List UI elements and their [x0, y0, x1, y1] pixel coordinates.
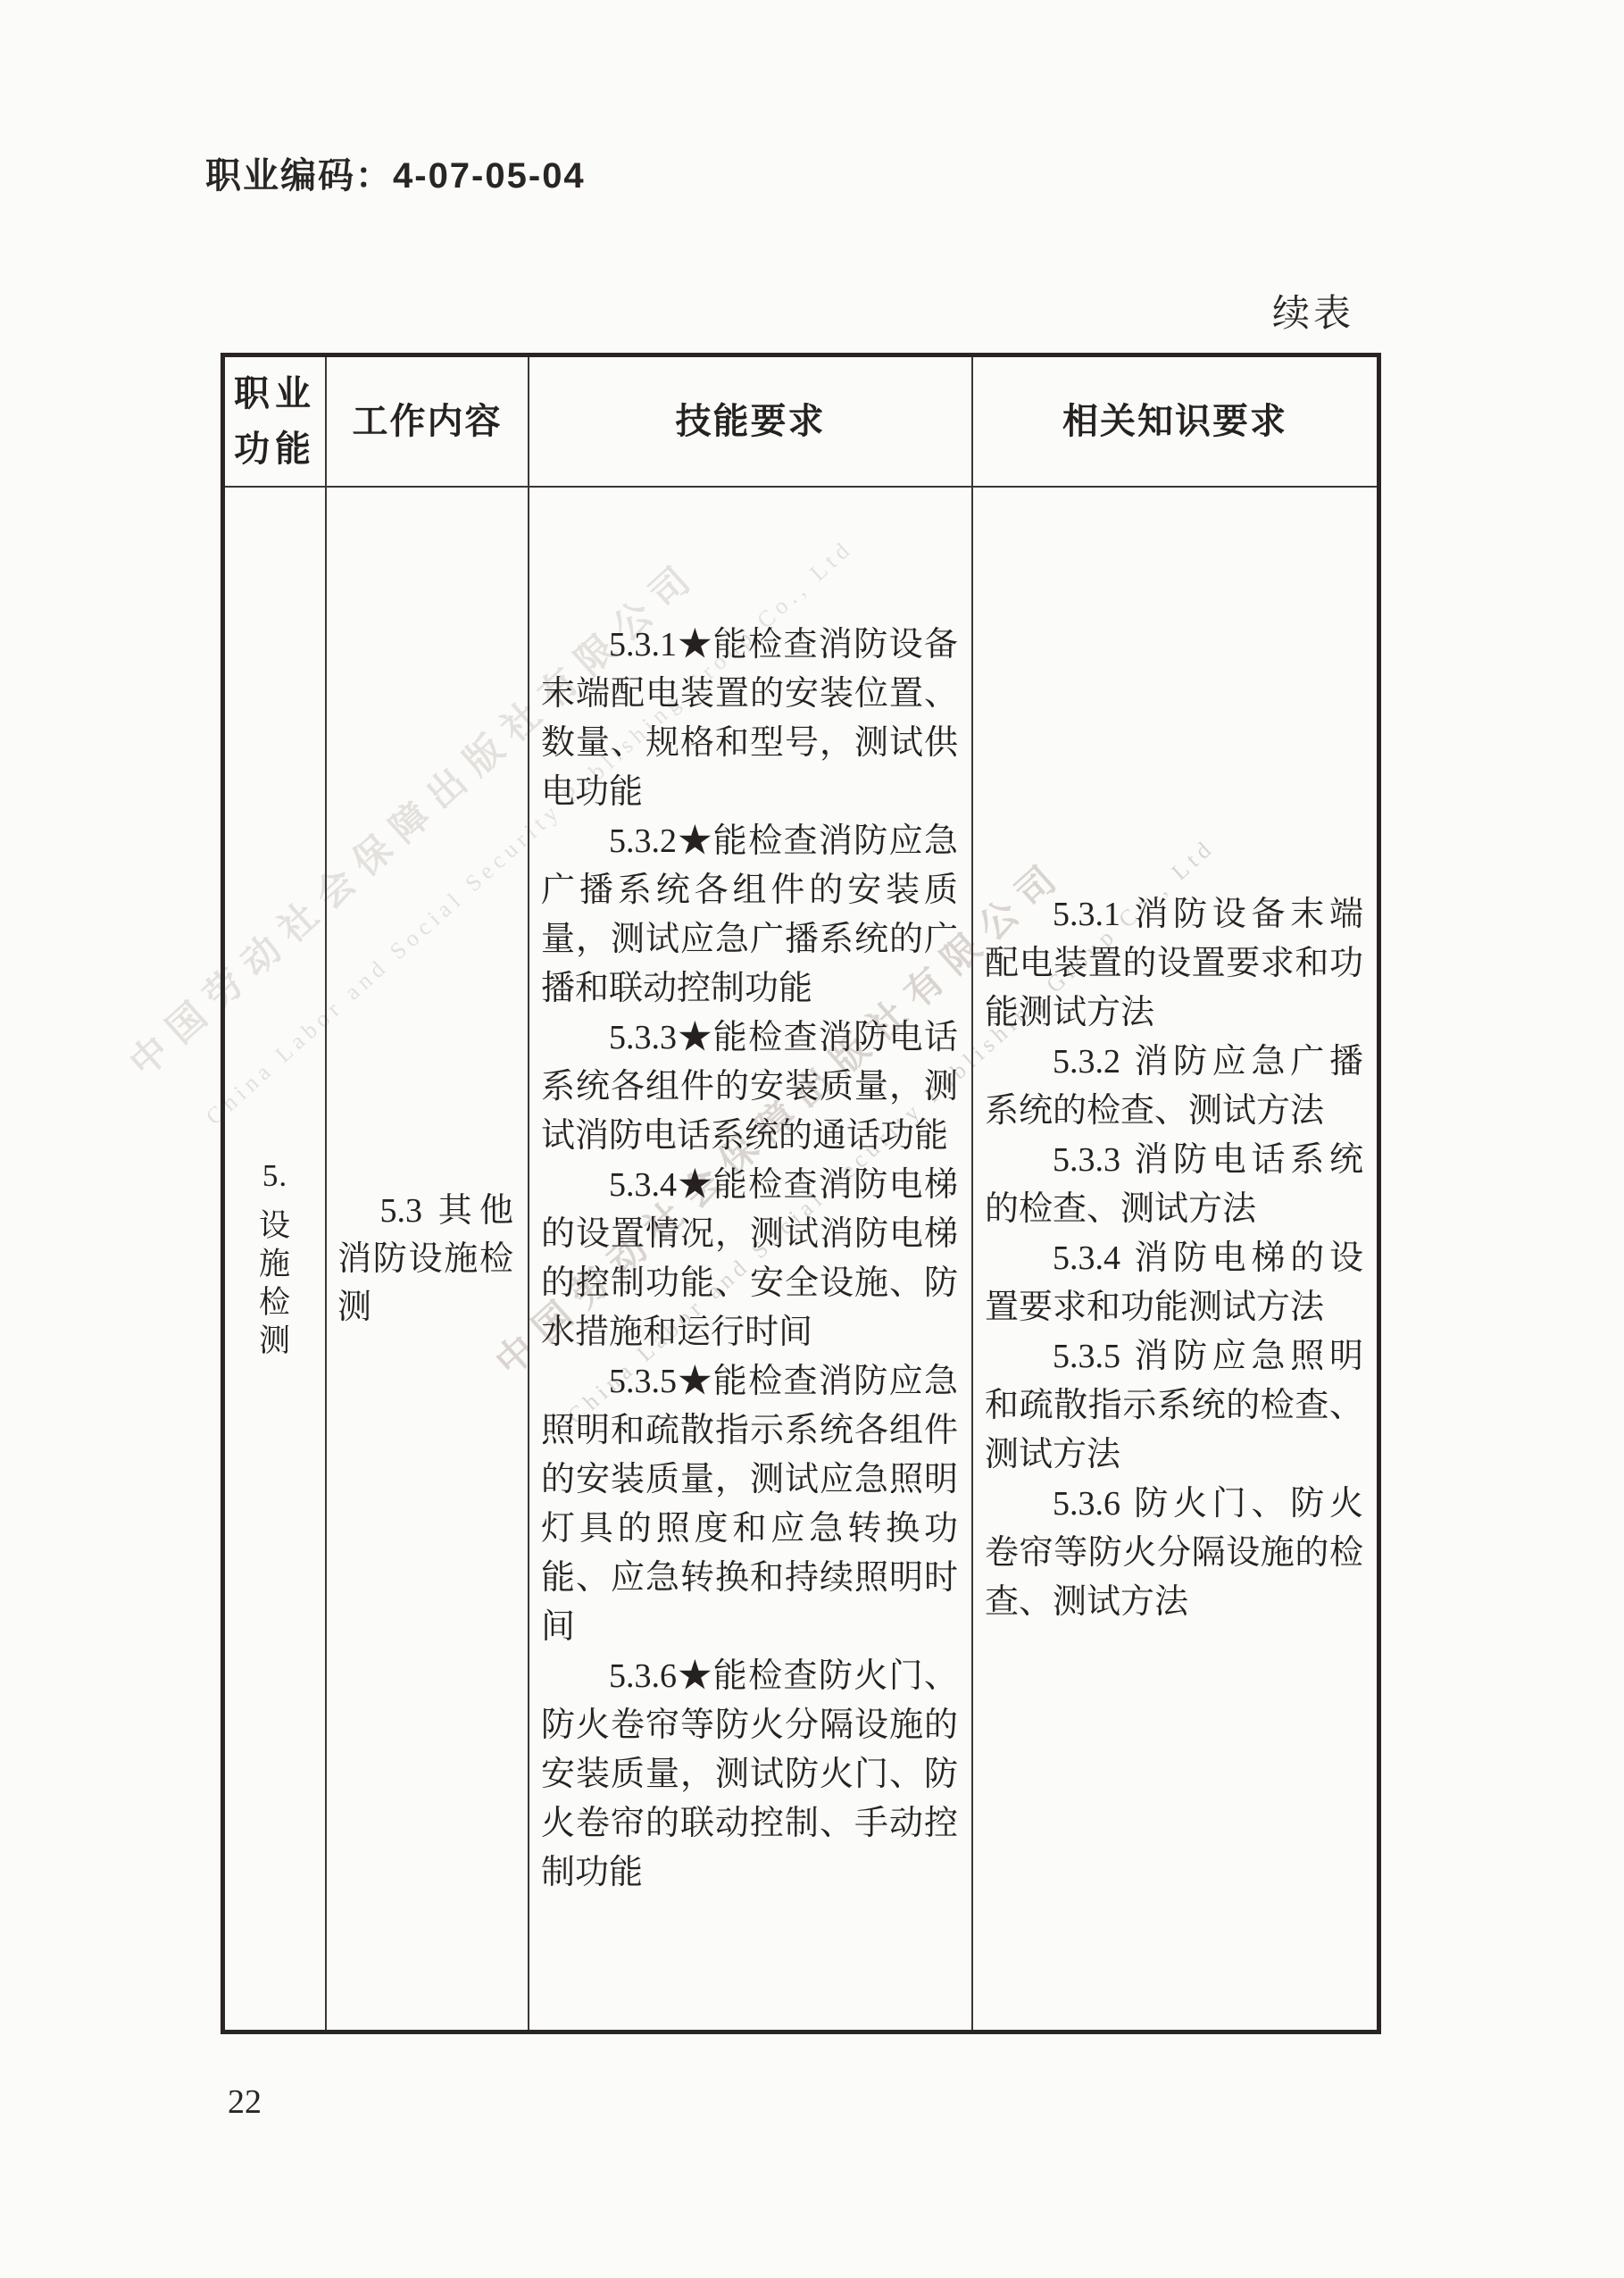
knowledge-requirement-item: 5.3.6 防火门、防火卷帘等防火分隔设施的检查、测试方法: [985, 1480, 1363, 1627]
skill-requirement-item: 5.3.6★能检查防火门、防火卷帘等防火分隔设施的安装质量，测试防火门、防火卷帘…: [541, 1652, 958, 1898]
column-header-work-content: 工作内容: [327, 357, 529, 488]
function-name-vertical: 设施检测: [259, 1207, 291, 1360]
function-name-char: 设: [259, 1207, 291, 1246]
cell-knowledge-requirements: 5.3.1 消防设备末端配电装置的设置要求和功能测试方法5.3.2 消防应急广播…: [973, 488, 1377, 2030]
knowledge-requirement-item: 5.3.1 消防设备末端配电装置的设置要求和功能测试方法: [985, 890, 1363, 1038]
function-name-char: 施: [259, 1246, 291, 1284]
page-number: 22: [228, 2082, 262, 2122]
cell-skill-requirements: 5.3.1★能检查消防设备末端配电装置的安装位置、数量、规格和型号，测试供电功能…: [529, 488, 973, 2030]
occupation-code-heading: 职业编码：4-07-05-04: [205, 147, 586, 198]
knowledge-requirement-item: 5.3.2 消防应急广播系统的检查、测试方法: [985, 1038, 1363, 1136]
cell-function: 5. 设施检测: [225, 488, 327, 2030]
knowledge-requirement-item: 5.3.5 消防应急照明和疏散指示系统的检查、测试方法: [985, 1332, 1363, 1480]
skill-requirement-item: 5.3.2★能检查消防应急广播系统各组件的安装质量，测试应急广播系统的广播和联动…: [541, 817, 958, 1014]
work-content-text: 5.3 其他消防设施检测: [337, 1187, 513, 1331]
skill-requirement-item: 5.3.1★能检查消防设备末端配电装置的安装位置、数量、规格和型号，测试供电功能: [541, 621, 958, 817]
skill-requirement-item: 5.3.3★能检查消防电话系统各组件的安装质量，测试消防电话系统的通话功能: [541, 1014, 958, 1161]
cell-work-content: 5.3 其他消防设施检测: [327, 488, 529, 2030]
column-header-function: 职业功能: [225, 357, 327, 488]
column-header-knowledge-requirements: 相关知识要求: [973, 357, 1377, 488]
skill-requirement-item: 5.3.4★能检查消防电梯的设置情况，测试消防电梯的控制功能、安全设施、防水措施…: [541, 1161, 958, 1357]
continued-table-label: 续表: [1113, 284, 1383, 338]
knowledge-requirement-item: 5.3.4 消防电梯的设置要求和功能测试方法: [985, 1234, 1363, 1332]
skill-requirement-item: 5.3.5★能检查消防应急照明和疏散指示系统各组件的安装质量，测试应急照明灯具的…: [541, 1357, 958, 1652]
function-name-char: 测: [259, 1323, 291, 1361]
column-header-skill-requirements: 技能要求: [529, 357, 973, 488]
knowledge-requirement-item: 5.3.3 消防电话系统的检查、测试方法: [985, 1136, 1363, 1234]
document-page: 中国劳动社会保障出版社有限公司 China Labor and Social S…: [0, 0, 1624, 2278]
function-number: 5.: [262, 1157, 287, 1196]
occupational-standard-table: 职业功能 工作内容 技能要求 相关知识要求 5. 设施检测 5.3 其他消防设施…: [221, 353, 1381, 2034]
function-name-char: 检: [259, 1284, 291, 1323]
